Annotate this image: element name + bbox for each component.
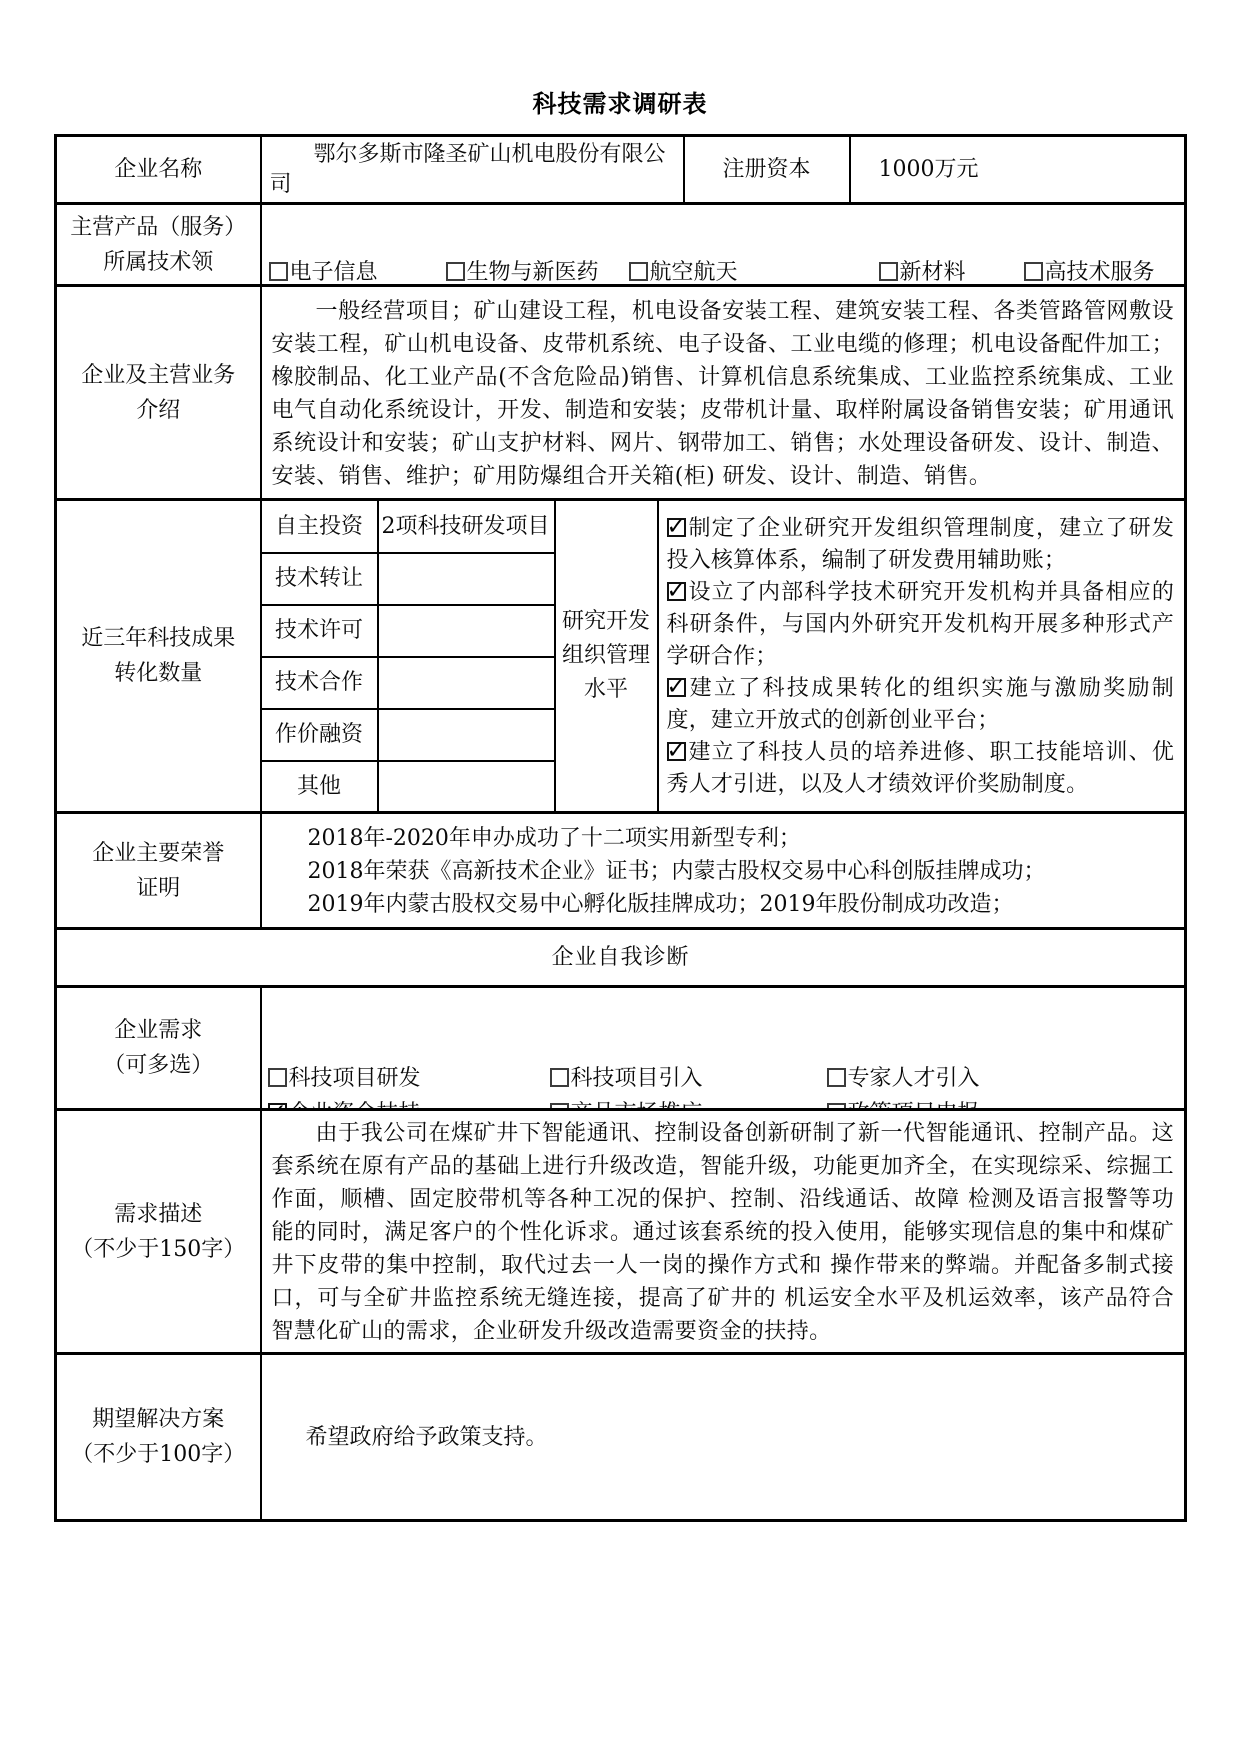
achievement-type-label: 自主投资 xyxy=(261,500,378,553)
needs-label-line1: 企业需求 xyxy=(57,1013,260,1048)
rd-level-label-line3: 水平 xyxy=(556,673,657,707)
demand-desc-label: 需求描述 （不少于150字） xyxy=(56,1110,261,1354)
row-demand-desc: 需求描述 （不少于150字） 由于我公司在煤矿井下智能通讯、控制设备创新研制了新… xyxy=(56,1110,1186,1354)
checkbox-icon xyxy=(268,1068,287,1087)
row-honors: 企业主要荣誉 证明 2018年-2020年申办成功了十二项实用新型专利； 201… xyxy=(56,813,1186,929)
option-label: 专家人才引入 xyxy=(848,1066,980,1091)
rd-item: 建立了科技人员的培养进修、职工技能培训、优秀人才引进，以及人才绩效评价奖励制度。 xyxy=(667,737,1175,801)
row-needs: 企业需求 （可多选） 科技项目研发 科技项目引入 专家人才引入 企业资金扶持 产… xyxy=(56,987,1186,1110)
company-name-value: 鄂尔多斯市隆圣矿山机电股份有限公司 xyxy=(261,136,684,204)
checkbox-icon xyxy=(629,262,648,281)
rd-item-text: 建立了科技成果转化的组织实施与激励奖励制度，建立开放式的创新创业平台； xyxy=(667,676,1175,733)
row-achievements: 近三年科技成果 转化数量 自主投资 2项科技研发项目 研究开发 组织管理 水平 … xyxy=(56,500,1186,553)
rd-item-text: 制定了企业研究开发组织管理制度，建立了研发投入核算体系，编制了研发费用辅助账； xyxy=(667,516,1175,573)
survey-form-table: 企业名称 鄂尔多斯市隆圣矿山机电股份有限公司 注册资本 1000万元 主营产品（… xyxy=(54,134,1187,1522)
rd-level-label-line2: 组织管理 xyxy=(556,639,657,673)
checkbox-checked-icon xyxy=(667,742,686,761)
rd-item-text: 设立了内部科学技术研究开发机构并具备相应的科研条件，与国内外研究开发机构开展多种… xyxy=(667,580,1175,669)
checkbox-icon xyxy=(269,262,288,281)
achievement-value: 2项科技研发项目 xyxy=(378,500,555,553)
option-label: 高技术服务 xyxy=(1045,260,1155,285)
page-title: 科技需求调研表 xyxy=(0,0,1240,119)
achievement-type-label: 作价融资 xyxy=(261,709,378,761)
self-diagnosis-title: 企业自我诊断 xyxy=(56,929,1186,987)
row-self-diagnosis: 企业自我诊断 xyxy=(56,929,1186,987)
row-tech-field: 主营产品（服务） 所属技术领 电子信息 生物与新医药 航空航天 新材料 高技术服… xyxy=(56,204,1186,286)
achievement-type-label: 技术许可 xyxy=(261,605,378,657)
checkbox-icon xyxy=(827,1068,846,1087)
rd-level-label: 研究开发 组织管理 水平 xyxy=(555,500,658,813)
honors-line: 2018年荣获《高新技术企业》证书；内蒙古股权交易中心科创版挂牌成功； xyxy=(308,855,1175,888)
tech-field-option: 高技术服务 xyxy=(1024,256,1155,286)
checkbox-checked-icon xyxy=(667,518,686,537)
option-label: 科技项目研发 xyxy=(289,1066,421,1091)
rd-level-items-cell: 制定了企业研究开发组织管理制度，建立了研发投入核算体系，编制了研发费用辅助账； … xyxy=(658,500,1186,813)
business-intro-label: 企业及主营业务 介绍 xyxy=(56,286,261,500)
expected-solution-label: 期望解决方案 （不少于100字） xyxy=(56,1354,261,1521)
achievements-label-line2: 转化数量 xyxy=(57,656,260,691)
honors-line: 2019年内蒙古股权交易中心孵化版挂牌成功；2019年股份制成功改造； xyxy=(308,888,1175,921)
option-label: 企业资金扶持 xyxy=(289,1101,421,1110)
rd-item: 制定了企业研究开发组织管理制度，建立了研发投入核算体系，编制了研发费用辅助账； xyxy=(667,513,1175,577)
business-intro-text: 一般经营项目；矿山建设工程，机电设备安装工程、建筑安装工程、各类管路管网敷设安装… xyxy=(262,289,1185,497)
achievement-type-label: 技术合作 xyxy=(261,657,378,709)
needs-option: 产品市场推广 xyxy=(550,1097,703,1110)
option-label: 科技项目引入 xyxy=(571,1066,703,1091)
needs-options: 科技项目研发 科技项目引入 专家人才引入 企业资金扶持 产品市场推广 政策项目申… xyxy=(261,987,1186,1110)
tech-field-label: 主营产品（服务） 所属技术领 xyxy=(56,204,261,286)
achievement-type-label: 技术转让 xyxy=(261,553,378,605)
honors-label-line2: 证明 xyxy=(57,871,260,906)
registered-capital-label: 注册资本 xyxy=(684,136,850,204)
demand-desc-text: 由于我公司在煤矿井下智能通讯、控制设备创新研制了新一代智能通讯、控制产品。这套系… xyxy=(262,1111,1185,1352)
achievements-label-line1: 近三年科技成果 xyxy=(57,621,260,656)
business-intro-label-line2: 介绍 xyxy=(57,393,260,428)
registered-capital-value: 1000万元 xyxy=(850,136,1186,204)
rd-item: 建立了科技成果转化的组织实施与激励奖励制度，建立开放式的创新创业平台； xyxy=(667,673,1175,737)
achievement-value xyxy=(378,605,555,657)
checkbox-icon xyxy=(1024,262,1043,281)
honors-text-cell: 2018年-2020年申办成功了十二项实用新型专利； 2018年荣获《高新技术企… xyxy=(261,813,1186,929)
needs-option: 企业资金扶持 xyxy=(268,1097,421,1110)
option-label: 生物与新医药 xyxy=(467,260,599,285)
business-intro-text-cell: 一般经营项目；矿山建设工程，机电设备安装工程、建筑安装工程、各类管路管网敷设安装… xyxy=(261,286,1186,500)
rd-item: 设立了内部科学技术研究开发机构并具备相应的科研条件，与国内外研究开发机构开展多种… xyxy=(667,577,1175,673)
checkbox-checked-icon xyxy=(667,582,686,601)
honors-label: 企业主要荣誉 证明 xyxy=(56,813,261,929)
tech-field-label-line2: 所属技术领 xyxy=(57,245,260,280)
achievement-value xyxy=(378,553,555,605)
achievement-value xyxy=(378,709,555,761)
achievement-value xyxy=(378,761,555,813)
achievement-value xyxy=(378,657,555,709)
business-intro-label-line1: 企业及主营业务 xyxy=(57,358,260,393)
option-label: 航空航天 xyxy=(650,260,738,285)
option-label: 产品市场推广 xyxy=(571,1101,703,1110)
achievement-type-label: 其他 xyxy=(261,761,378,813)
option-label: 政策项目申报 xyxy=(848,1101,980,1110)
rd-level-label-line1: 研究开发 xyxy=(556,605,657,639)
demand-desc-label-line1: 需求描述 xyxy=(57,1197,260,1232)
row-company: 企业名称 鄂尔多斯市隆圣矿山机电股份有限公司 注册资本 1000万元 xyxy=(56,136,1186,204)
expected-solution-label-line1: 期望解决方案 xyxy=(57,1402,260,1437)
row-business-intro: 企业及主营业务 介绍 一般经营项目；矿山建设工程，机电设备安装工程、建筑安装工程… xyxy=(56,286,1186,500)
needs-option: 政策项目申报 xyxy=(827,1097,980,1110)
expected-solution-text: 希望政府给予政策支持。 xyxy=(261,1354,1186,1521)
demand-desc-label-line2: （不少于150字） xyxy=(57,1232,260,1267)
rd-item-text: 建立了科技人员的培养进修、职工技能培训、优秀人才引进，以及人才绩效评价奖励制度。 xyxy=(667,740,1175,797)
demand-desc-text-cell: 由于我公司在煤矿井下智能通讯、控制设备创新研制了新一代智能通讯、控制产品。这套系… xyxy=(261,1110,1186,1354)
needs-label: 企业需求 （可多选） xyxy=(56,987,261,1110)
tech-field-option: 航空航天 xyxy=(629,256,738,286)
needs-option: 科技项目引入 xyxy=(550,1062,703,1095)
honors-line: 2018年-2020年申办成功了十二项实用新型专利； xyxy=(308,822,1175,855)
tech-field-option: 电子信息 xyxy=(269,256,378,286)
achievements-label: 近三年科技成果 转化数量 xyxy=(56,500,261,813)
checkbox-checked-icon xyxy=(667,678,686,697)
option-label: 电子信息 xyxy=(290,260,378,285)
company-name-label: 企业名称 xyxy=(56,136,261,204)
tech-field-label-line1: 主营产品（服务） xyxy=(57,210,260,245)
needs-option: 科技项目研发 xyxy=(268,1062,421,1095)
expected-solution-label-line2: （不少于100字） xyxy=(57,1437,260,1472)
tech-field-option: 新材料 xyxy=(879,256,966,286)
checkbox-icon xyxy=(446,262,465,281)
checkbox-icon xyxy=(550,1068,569,1087)
honors-label-line1: 企业主要荣誉 xyxy=(57,836,260,871)
needs-label-line2: （可多选） xyxy=(57,1048,260,1083)
row-expected-solution: 期望解决方案 （不少于100字） 希望政府给予政策支持。 xyxy=(56,1354,1186,1521)
checkbox-icon xyxy=(879,262,898,281)
tech-field-option: 生物与新医药 xyxy=(446,256,599,286)
tech-field-options: 电子信息 生物与新医药 航空航天 新材料 高技术服务 新能源与节能 资源与环境 … xyxy=(261,204,1186,286)
needs-option: 专家人才引入 xyxy=(827,1062,980,1095)
option-label: 新材料 xyxy=(900,260,966,285)
